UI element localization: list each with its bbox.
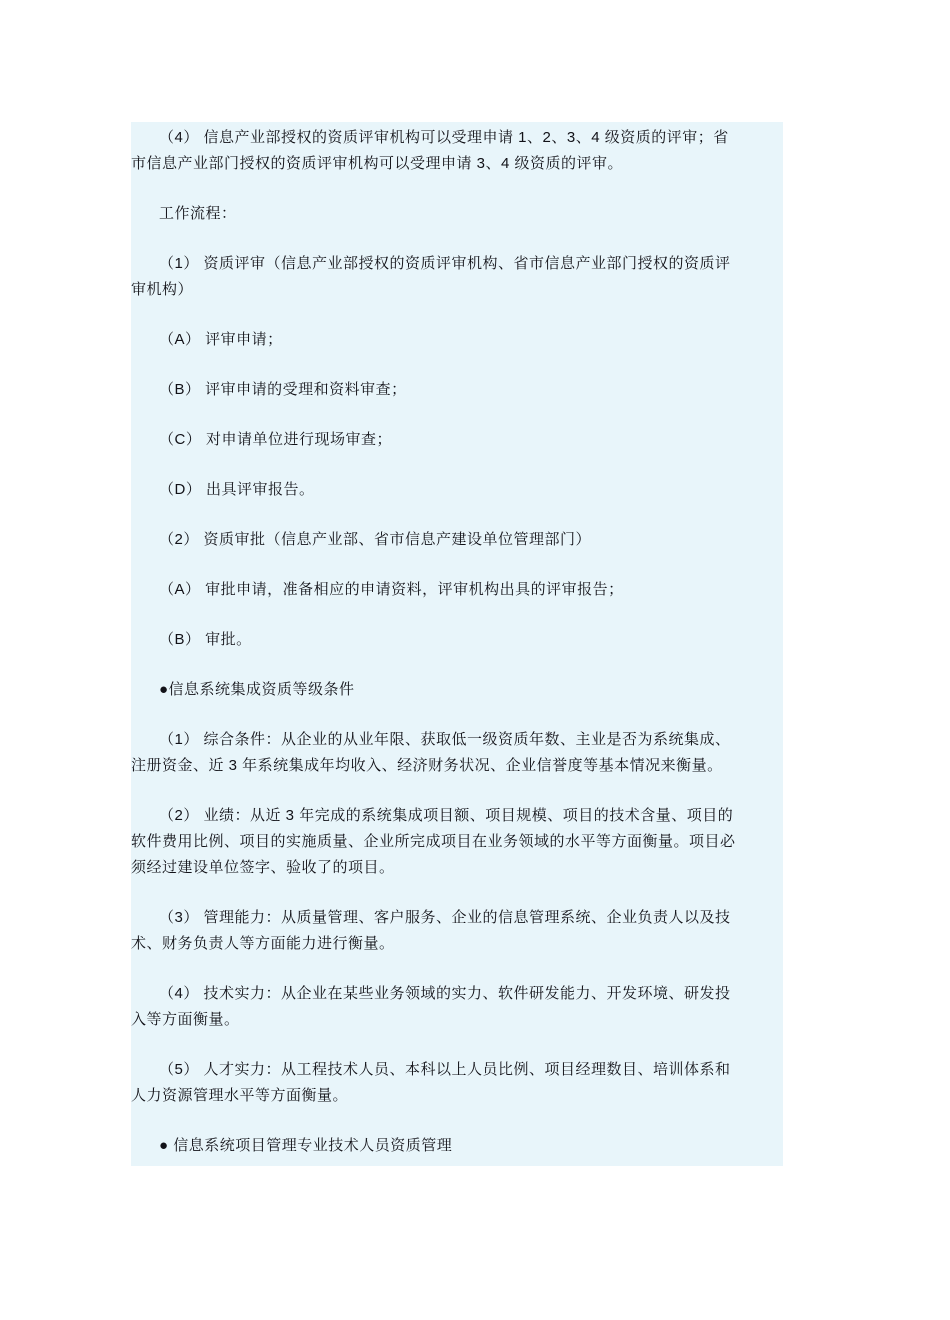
doc-paragraph-item-5-talent: （5） 人才实力：从工程技术人员、本科以上人员比例、项目经理数目、培训体系和 人… xyxy=(131,1057,783,1109)
doc-bullet-heading-personnel-qualification: ● 信息系统项目管理专业技术人员资质管理 xyxy=(131,1133,783,1159)
doc-paragraph-item-a-apply: （A） 评审申请； xyxy=(131,327,783,353)
doc-paragraph-item-4: （4） 信息产业部授权的资质评审机构可以受理申请 1、2、3、4 级资质的评审；… xyxy=(131,125,783,177)
doc-paragraph-item-c-onsite: （C） 对申请单位进行现场审查； xyxy=(131,427,783,453)
doc-paragraph-item-2-performance: （2） 业绩：从近 3 年完成的系统集成项目额、项目规模、项目的技术含量、项目的… xyxy=(131,803,783,881)
doc-paragraph-item-3-management: （3） 管理能力：从质量管理、客户服务、企业的信息管理系统、企业负责人以及技 术… xyxy=(131,905,783,957)
doc-paragraph-item-d-report: （D） 出具评审报告。 xyxy=(131,477,783,503)
doc-bullet-heading-grade-conditions: ●信息系统集成资质等级条件 xyxy=(131,677,783,703)
doc-paragraph-item-b-accept: （B） 评审申请的受理和资料审查； xyxy=(131,377,783,403)
doc-paragraph-item-b-approve: （B） 审批。 xyxy=(131,627,783,653)
doc-paragraph-item-1-review: （1） 资质评审（信息产业部授权的资质评审机构、省市信息产业部门授权的资质评 审… xyxy=(131,251,783,303)
doc-paragraph-workflow-heading: 工作流程： xyxy=(131,201,783,227)
doc-paragraph-item-a-approval-apply: （A） 审批申请，准备相应的申请资料，评审机构出具的评审报告； xyxy=(131,577,783,603)
doc-paragraph-item-2-approval: （2） 资质审批（信息产业部、省市信息产建设单位管理部门） xyxy=(131,527,783,553)
doc-paragraph-item-4-technical: （4） 技术实力：从企业在某些业务领域的实力、软件研发能力、开发环境、研发投 入… xyxy=(131,981,783,1033)
doc-paragraph-item-1-comprehensive: （1） 综合条件：从企业的从业年限、获取低一级资质年数、主业是否为系统集成、 注… xyxy=(131,727,783,779)
document-text-panel: （4） 信息产业部授权的资质评审机构可以受理申请 1、2、3、4 级资质的评审；… xyxy=(131,122,783,1166)
